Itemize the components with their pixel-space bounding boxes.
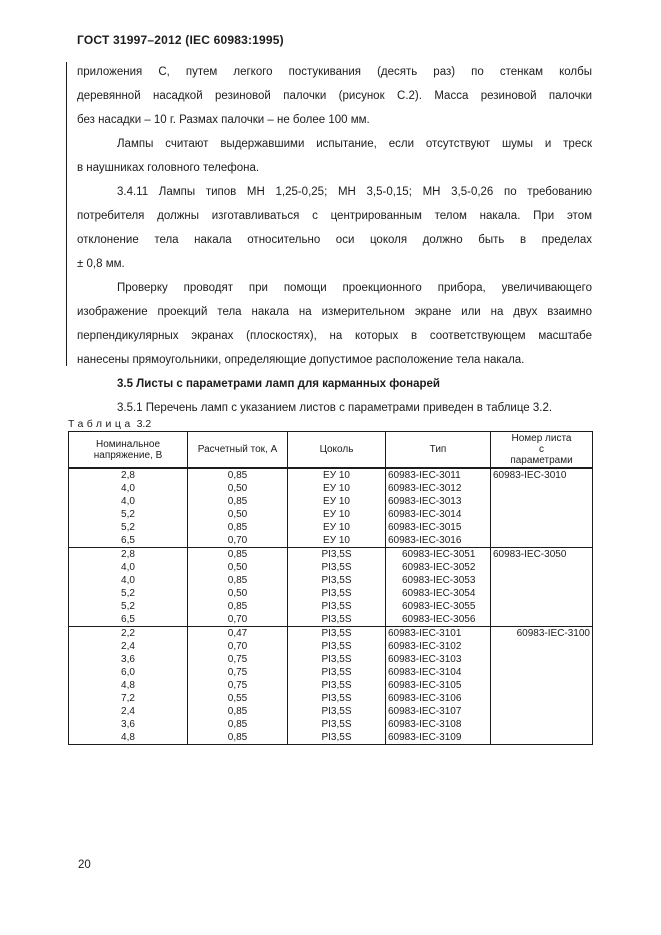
base-cell: PI3,5S [288, 705, 386, 718]
type-cell: 60983-IEC-3109 [386, 731, 491, 745]
current-cell: 0,85 [188, 718, 288, 731]
current-cell: 0,50 [188, 587, 288, 600]
paragraph-line: 3.5.1 Перечень ламп с указанием листов с… [77, 396, 592, 420]
base-cell: ЕУ 10 [288, 482, 386, 495]
type-cell: 60983-IEC-3056 [386, 613, 491, 627]
current-cell: 0,75 [188, 666, 288, 679]
current-cell: 0,70 [188, 613, 288, 627]
current-cell: 0,85 [188, 468, 288, 482]
table-group: 2,80,85PI3,5S60983-IEC-305160983-IEC-305… [69, 548, 593, 627]
table-header: Номинальное напряжение, ВРасчетный ток, … [69, 432, 593, 469]
current-cell: 0,85 [188, 600, 288, 613]
type-cell: 60983-IEC-3106 [386, 692, 491, 705]
current-cell: 0,75 [188, 653, 288, 666]
table-row: 2,80,85ЕУ 1060983-IEC-301160983-IEC-3010 [69, 468, 593, 482]
type-cell: 60983-IEC-3012 [386, 482, 491, 495]
base-cell: PI3,5S [288, 600, 386, 613]
voltage-cell: 4,0 [69, 482, 188, 495]
base-cell: ЕУ 10 [288, 468, 386, 482]
voltage-cell: 5,2 [69, 508, 188, 521]
type-cell: 60983-IEC-3103 [386, 653, 491, 666]
sheet-number-cell: 60983-IEC-3050 [491, 548, 593, 627]
sheet-number-cell: 60983-IEC-3010 [491, 468, 593, 548]
voltage-cell: 2,4 [69, 705, 188, 718]
type-cell: 60983-IEC-3104 [386, 666, 491, 679]
revision-change-bar [66, 62, 67, 366]
table-caption-number: 3.2 [137, 418, 152, 430]
base-cell: PI3,5S [288, 613, 386, 627]
base-cell: ЕУ 10 [288, 508, 386, 521]
current-cell: 0,70 [188, 640, 288, 653]
voltage-cell: 4,8 [69, 679, 188, 692]
voltage-cell: 6,0 [69, 666, 188, 679]
table-header-row: Номинальное напряжение, ВРасчетный ток, … [69, 432, 593, 469]
voltage-cell: 2,4 [69, 640, 188, 653]
body-text: приложения С, путем легкого постукивания… [77, 60, 592, 420]
current-cell: 0,75 [188, 679, 288, 692]
type-cell: 60983-IEC-3052 [386, 561, 491, 574]
table-group: 2,80,85ЕУ 1060983-IEC-301160983-IEC-3010… [69, 468, 593, 548]
voltage-cell: 4,8 [69, 731, 188, 745]
table-group: 2,20,47PI3,5S60983-IEC-310160983-IEC-310… [69, 627, 593, 745]
current-cell: 0,47 [188, 627, 288, 641]
voltage-cell: 4,0 [69, 495, 188, 508]
current-cell: 0,85 [188, 548, 288, 562]
base-cell: PI3,5S [288, 718, 386, 731]
voltage-cell: 4,0 [69, 561, 188, 574]
page-header-title: ГОСТ 31997–2012 (IEC 60983:1995) [77, 33, 284, 47]
column-header: Номер листа с параметрами [491, 432, 593, 469]
paragraph-line: деревянной насадкой резиновой палочки (р… [77, 84, 592, 108]
base-cell: ЕУ 10 [288, 495, 386, 508]
type-cell: 60983-IEC-3051 [386, 548, 491, 562]
voltage-cell: 5,2 [69, 521, 188, 534]
table-row: 2,80,85PI3,5S60983-IEC-305160983-IEC-305… [69, 548, 593, 562]
base-cell: PI3,5S [288, 679, 386, 692]
type-cell: 60983-IEC-3107 [386, 705, 491, 718]
base-cell: PI3,5S [288, 587, 386, 600]
paragraph-line: Проверку проводят при помощи проекционно… [77, 276, 592, 300]
type-cell: 60983-IEC-3108 [386, 718, 491, 731]
paragraph-line: отклонение тела накала относительно оси … [77, 228, 592, 252]
current-cell: 0,70 [188, 534, 288, 548]
base-cell: PI3,5S [288, 548, 386, 562]
current-cell: 0,85 [188, 574, 288, 587]
current-cell: 0,85 [188, 705, 288, 718]
paragraph-line: приложения С, путем легкого постукивания… [77, 60, 592, 84]
paragraph-line: без насадки – 10 г. Размах палочки – не … [77, 108, 592, 132]
type-cell: 60983-IEC-3055 [386, 600, 491, 613]
voltage-cell: 4,0 [69, 574, 188, 587]
section-heading: 3.5 Листы с параметрами ламп для карманн… [77, 372, 592, 396]
base-cell: PI3,5S [288, 561, 386, 574]
base-cell: PI3,5S [288, 692, 386, 705]
column-header: Расчетный ток, А [188, 432, 288, 469]
paragraph-line: изображение проекций тела накала на изме… [77, 300, 592, 324]
voltage-cell: 6,5 [69, 534, 188, 548]
paragraph-line: ± 0,8 мм. [77, 252, 592, 276]
type-cell: 60983-IEC-3016 [386, 534, 491, 548]
current-cell: 0,50 [188, 561, 288, 574]
current-cell: 0,85 [188, 521, 288, 534]
type-cell: 60983-IEC-3105 [386, 679, 491, 692]
base-cell: PI3,5S [288, 666, 386, 679]
current-cell: 0,50 [188, 508, 288, 521]
base-cell: PI3,5S [288, 627, 386, 641]
base-cell: PI3,5S [288, 731, 386, 745]
paragraph-line: нанесены прямоугольники, определяющие до… [77, 348, 592, 372]
paragraph-line: 3.4.11 Лампы типов МН 1,25-0,25; МН 3,5-… [77, 180, 592, 204]
table-caption: Таблица 3.2 [68, 418, 151, 430]
column-header: Цоколь [288, 432, 386, 469]
voltage-cell: 6,5 [69, 613, 188, 627]
base-cell: PI3,5S [288, 574, 386, 587]
type-cell: 60983-IEC-3053 [386, 574, 491, 587]
type-cell: 60983-IEC-3011 [386, 468, 491, 482]
voltage-cell: 2,2 [69, 627, 188, 641]
page-number: 20 [78, 859, 91, 871]
voltage-cell: 5,2 [69, 600, 188, 613]
voltage-cell: 7,2 [69, 692, 188, 705]
voltage-cell: 5,2 [69, 587, 188, 600]
sheet-number-cell: 60983-IEC-3100 [491, 627, 593, 745]
table-caption-word: Таблица [68, 418, 134, 430]
type-cell: 60983-IEC-3101 [386, 627, 491, 641]
voltage-cell: 3,6 [69, 718, 188, 731]
base-cell: ЕУ 10 [288, 521, 386, 534]
paragraph-line: перпендикулярных экранах (плоскостях), н… [77, 324, 592, 348]
type-cell: 60983-IEC-3015 [386, 521, 491, 534]
table-row: 2,20,47PI3,5S60983-IEC-310160983-IEC-310… [69, 627, 593, 641]
base-cell: PI3,5S [288, 640, 386, 653]
current-cell: 0,85 [188, 495, 288, 508]
base-cell: PI3,5S [288, 653, 386, 666]
lamp-parameters-table: Номинальное напряжение, ВРасчетный ток, … [68, 431, 593, 745]
voltage-cell: 2,8 [69, 468, 188, 482]
type-cell: 60983-IEC-3102 [386, 640, 491, 653]
base-cell: ЕУ 10 [288, 534, 386, 548]
current-cell: 0,85 [188, 731, 288, 745]
type-cell: 60983-IEC-3013 [386, 495, 491, 508]
paragraph-line: Лампы считают выдержавшими испытание, ес… [77, 132, 592, 156]
current-cell: 0,55 [188, 692, 288, 705]
type-cell: 60983-IEC-3014 [386, 508, 491, 521]
paragraph-line: в наушниках головного телефона. [77, 156, 592, 180]
current-cell: 0,50 [188, 482, 288, 495]
column-header: Номинальное напряжение, В [69, 432, 188, 469]
column-header: Тип [386, 432, 491, 469]
voltage-cell: 2,8 [69, 548, 188, 562]
voltage-cell: 3,6 [69, 653, 188, 666]
document-page: ГОСТ 31997–2012 (IEC 60983:1995) приложе… [0, 0, 661, 935]
type-cell: 60983-IEC-3054 [386, 587, 491, 600]
paragraph-line: потребителя должны изготавливаться с цен… [77, 204, 592, 228]
